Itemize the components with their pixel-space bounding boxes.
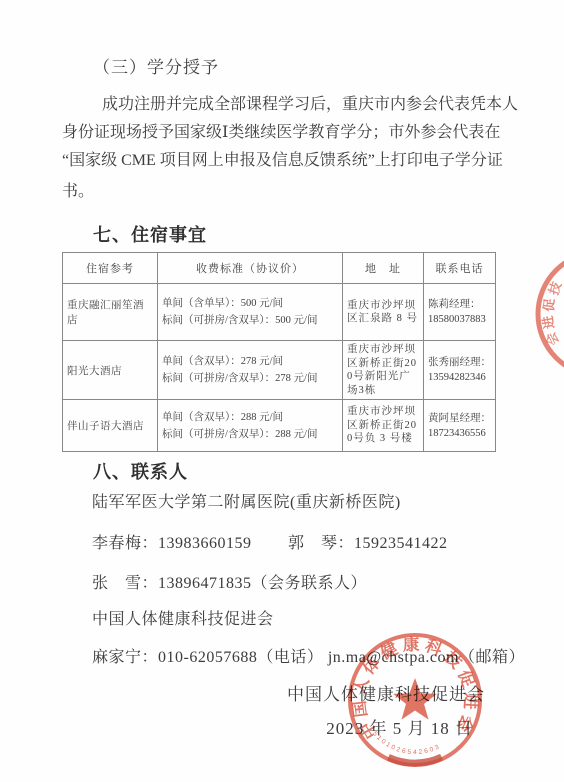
seal-serial-number: 5101026542603	[371, 730, 442, 756]
edge-seal-char: 促	[541, 298, 557, 312]
hotel-name-cell: 伴山子语大酒店	[63, 400, 158, 452]
table-row: 伴山子语大酒店 单间（含双早）：288 元/间 标间（可拼房/含双早）：288 …	[63, 400, 496, 452]
seal-ink-smudge	[388, 757, 441, 763]
price-cell: 单间（含双早）：288 元/间 标间（可拼房/含双早）：288 元/间	[158, 400, 343, 452]
seal-star-icon	[393, 678, 437, 720]
lodging-table: 住宿参考 收费标准（协议价） 地 址 联系电话 重庆融汇丽笙酒店 单间（含单早）…	[62, 252, 496, 452]
price-cell: 单间（含双早）：278 元/间 标间（可拼房/含双早）：278 元/间	[158, 341, 343, 400]
hotel-name-cell: 重庆融汇丽笙酒店	[63, 284, 158, 341]
header-address: 地 址	[343, 253, 424, 284]
credit-section-heading: （三）学分授予	[93, 53, 219, 78]
credit-paragraph-line: 书。	[62, 181, 497, 203]
price-line: 单间（含双早）：278 元/间	[162, 353, 338, 370]
table-row: 阳光大酒店 单间（含双早）：278 元/间 标间（可拼房/含双早）：278 元/…	[63, 341, 496, 400]
edge-seal-char: 进	[540, 315, 557, 330]
phone-cell: 黄阿星经理： 18723436556	[424, 400, 496, 452]
credit-paragraph-line: “国家级 CME 项目网上申报及信息反馈系统”上打印电子学分证	[62, 150, 497, 172]
address-cell: 重庆市沙坪坝区新桥正街200号新阳光广场3栋	[343, 341, 424, 400]
price-line: 单间（含双早）：288 元/间	[162, 409, 338, 426]
table-header-row: 住宿参考 收费标准（协议价） 地 址 联系电话	[63, 253, 496, 284]
address-cell: 重庆市沙坪坝区新桥正街200号负 3 号楼	[343, 400, 424, 452]
price-line: 单间（含单早）：500 元/间	[162, 295, 338, 312]
phone-line: 黄阿星经理：	[428, 411, 491, 426]
credit-paragraph-line: 成功注册并完成全部课程学习后，重庆市内参会代表凭本人	[102, 94, 497, 116]
official-seal: 中国人体健康科技促进会 5101026542603	[345, 630, 485, 770]
phone-line: 18580037883	[428, 312, 491, 327]
contact-line: 李春梅：13983660159 郭 琴：15923541422	[92, 530, 512, 553]
edge-seal: 技 促 进 会	[524, 250, 564, 380]
lodging-section-heading: 七、住宿事宜	[93, 221, 207, 247]
credit-paragraph-line: 身份证现场授予国家级Ⅰ类继续医学教育学分；市外参会代表在	[62, 122, 497, 144]
organization-name: 中国人体健康科技促进会	[92, 606, 274, 629]
document-page: （三）学分授予 成功注册并完成全部课程学习后，重庆市内参会代表凭本人 身份证现场…	[0, 0, 564, 782]
contact-person: 李春梅：13983660159	[92, 535, 252, 552]
price-line: 标间（可拼房/含双早）：500 元/间	[162, 312, 338, 329]
edge-seal-char: 技	[545, 280, 564, 298]
hotel-name-cell: 阳光大酒店	[63, 341, 158, 400]
hospital-name: 陆军军医大学第二附属医院(重庆新桥医院)	[92, 489, 401, 512]
phone-cell: 陈莉经理： 18580037883	[424, 284, 496, 341]
address-cell: 重庆市沙坪坝区汇泉路 8 号	[343, 284, 424, 341]
contacts-section-heading: 八、联系人	[93, 458, 188, 484]
phone-line: 张秀丽经理：	[428, 355, 491, 370]
header-hotel: 住宿参考	[63, 253, 158, 284]
svg-text:5101026542603: 5101026542603	[371, 730, 442, 756]
edge-seal-icon: 技 促 进 会	[524, 250, 564, 380]
header-price: 收费标准（协议价）	[158, 253, 343, 284]
header-phone: 联系电话	[424, 253, 496, 284]
price-line: 标间（可拼房/含双早）：288 元/间	[162, 426, 338, 443]
price-line: 标间（可拼房/含双早）：278 元/间	[162, 370, 338, 387]
table-row: 重庆融汇丽笙酒店 单间（含单早）：500 元/间 标间（可拼房/含双早）：500…	[63, 284, 496, 341]
contact-person: 郭 琴：15923541422	[288, 530, 448, 553]
phone-line: 13594282346	[428, 370, 491, 385]
contact-person: 张 雪：13896471835（会务联系人）	[92, 570, 367, 593]
price-cell: 单间（含单早）：500 元/间 标间（可拼房/含双早）：500 元/间	[158, 284, 343, 341]
phone-line: 18723436556	[428, 426, 491, 441]
phone-line: 陈莉经理：	[428, 297, 491, 312]
phone-cell: 张秀丽经理： 13594282346	[424, 341, 496, 400]
official-seal-icon: 中国人体健康科技促进会 5101026542603	[345, 630, 485, 770]
